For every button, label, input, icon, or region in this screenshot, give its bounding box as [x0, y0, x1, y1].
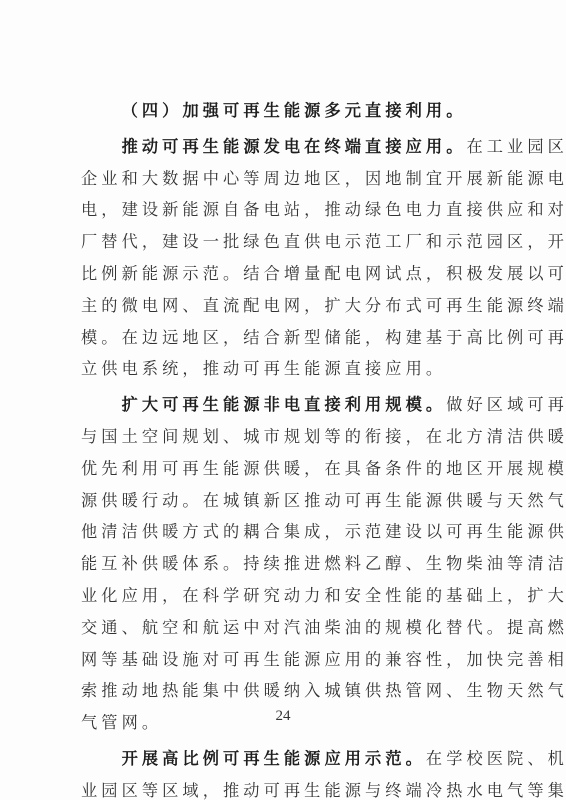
- paragraph-lead: 扩大可再生能源非电直接利用规模。: [122, 395, 447, 414]
- paragraph-direct-application: 推动可再生能源发电在终端直接应用。在工业园区、大型生产 企业和大数据中心等周边地…: [81, 131, 489, 385]
- page-number: 24: [0, 708, 566, 725]
- paragraph-high-ratio-demonstration: 开展高比例可再生能源应用示范。在学校医院、机场车站、工 业园区等区域，推动可再生…: [81, 743, 489, 800]
- paragraph-line: 他清洁供暖方式的耦合集成，示范建设以可再生能源供暖为主的多: [81, 516, 489, 548]
- paragraph-line: 优先利用可再生能源供暖，在具备条件的地区开展规模化可再生能: [81, 453, 489, 485]
- document-page: （四）加强可再生能源多元直接利用。 推动可再生能源发电在终端直接应用。在工业园区…: [0, 0, 566, 800]
- paragraph-line: 扩大可再生能源非电直接利用规模。做好区域可再生能源供暖: [81, 389, 489, 421]
- paragraph-line: 开展高比例可再生能源应用示范。在学校医院、机场车站、工: [81, 743, 489, 775]
- paragraph-line: 电，建设新能源自备电站，推动绿色电力直接供应和对燃煤自备电: [81, 194, 489, 226]
- section-heading: （四）加强可再生能源多元直接利用。: [81, 95, 489, 127]
- paragraph-non-electric-utilization: 扩大可再生能源非电直接利用规模。做好区域可再生能源供暖 与国土空间规划、城市规划…: [81, 389, 489, 739]
- paragraph-lead: 开展高比例可再生能源应用示范。: [122, 749, 426, 768]
- paragraph-line: 业化应用，在科学研究动力和安全性能的基础上，扩大在重型道路: [81, 580, 489, 612]
- paragraph-lead: 推动可再生能源发电在终端直接应用。: [122, 137, 467, 156]
- paragraph-line: 主的微电网、直流配电网，扩大分布式可再生能源终端直接应用规: [81, 290, 489, 322]
- document-body: （四）加强可再生能源多元直接利用。 推动可再生能源发电在终端直接应用。在工业园区…: [81, 95, 489, 800]
- paragraph-line: 厂替代，建设一批绿色直供电示范工厂和示范园区，开展发供用高: [81, 226, 489, 258]
- paragraph-line: 比例新能源示范。结合增量配电网试点，积极发展以可再生能源为: [81, 258, 489, 290]
- paragraph-line: 网等基础设施对可再生能源应用的兼容性，加快完善相关标准，探: [81, 644, 489, 676]
- paragraph-line: 业园区等区域，推动可再生能源与终端冷热水电气等集成耦合利: [81, 775, 489, 800]
- paragraph-line: 企业和大数据中心等周边地区，因地制宜开展新能源电力专线供: [81, 163, 489, 195]
- paragraph-line: 模。在边远地区，结合新型储能，构建基于高比例可再生能源的独: [81, 322, 489, 354]
- paragraph-line: 索推动地热能集中供暖纳入城镇供热管网、生物天然气并入城乡燃: [81, 675, 489, 707]
- paragraph-line: 能互补供暖体系。持续推进燃料乙醇、生物柴油等清洁液体燃料商: [81, 548, 489, 580]
- paragraph-line: 源供暖行动。在城镇新区推动可再生能源供暖与天然气、电力等其: [81, 485, 489, 517]
- paragraph-line: 交通、航空和航运中对汽油柴油的规模化替代。提高燃气、热力管: [81, 612, 489, 644]
- paragraph-line: 与国土空间规划、城市规划等的衔接，在北方清洁供暖中因地制宜: [81, 421, 489, 453]
- paragraph-line: 立供电系统，推动可再生能源直接应用。: [81, 353, 489, 385]
- paragraph-line: 推动可再生能源发电在终端直接应用。在工业园区、大型生产: [81, 131, 489, 163]
